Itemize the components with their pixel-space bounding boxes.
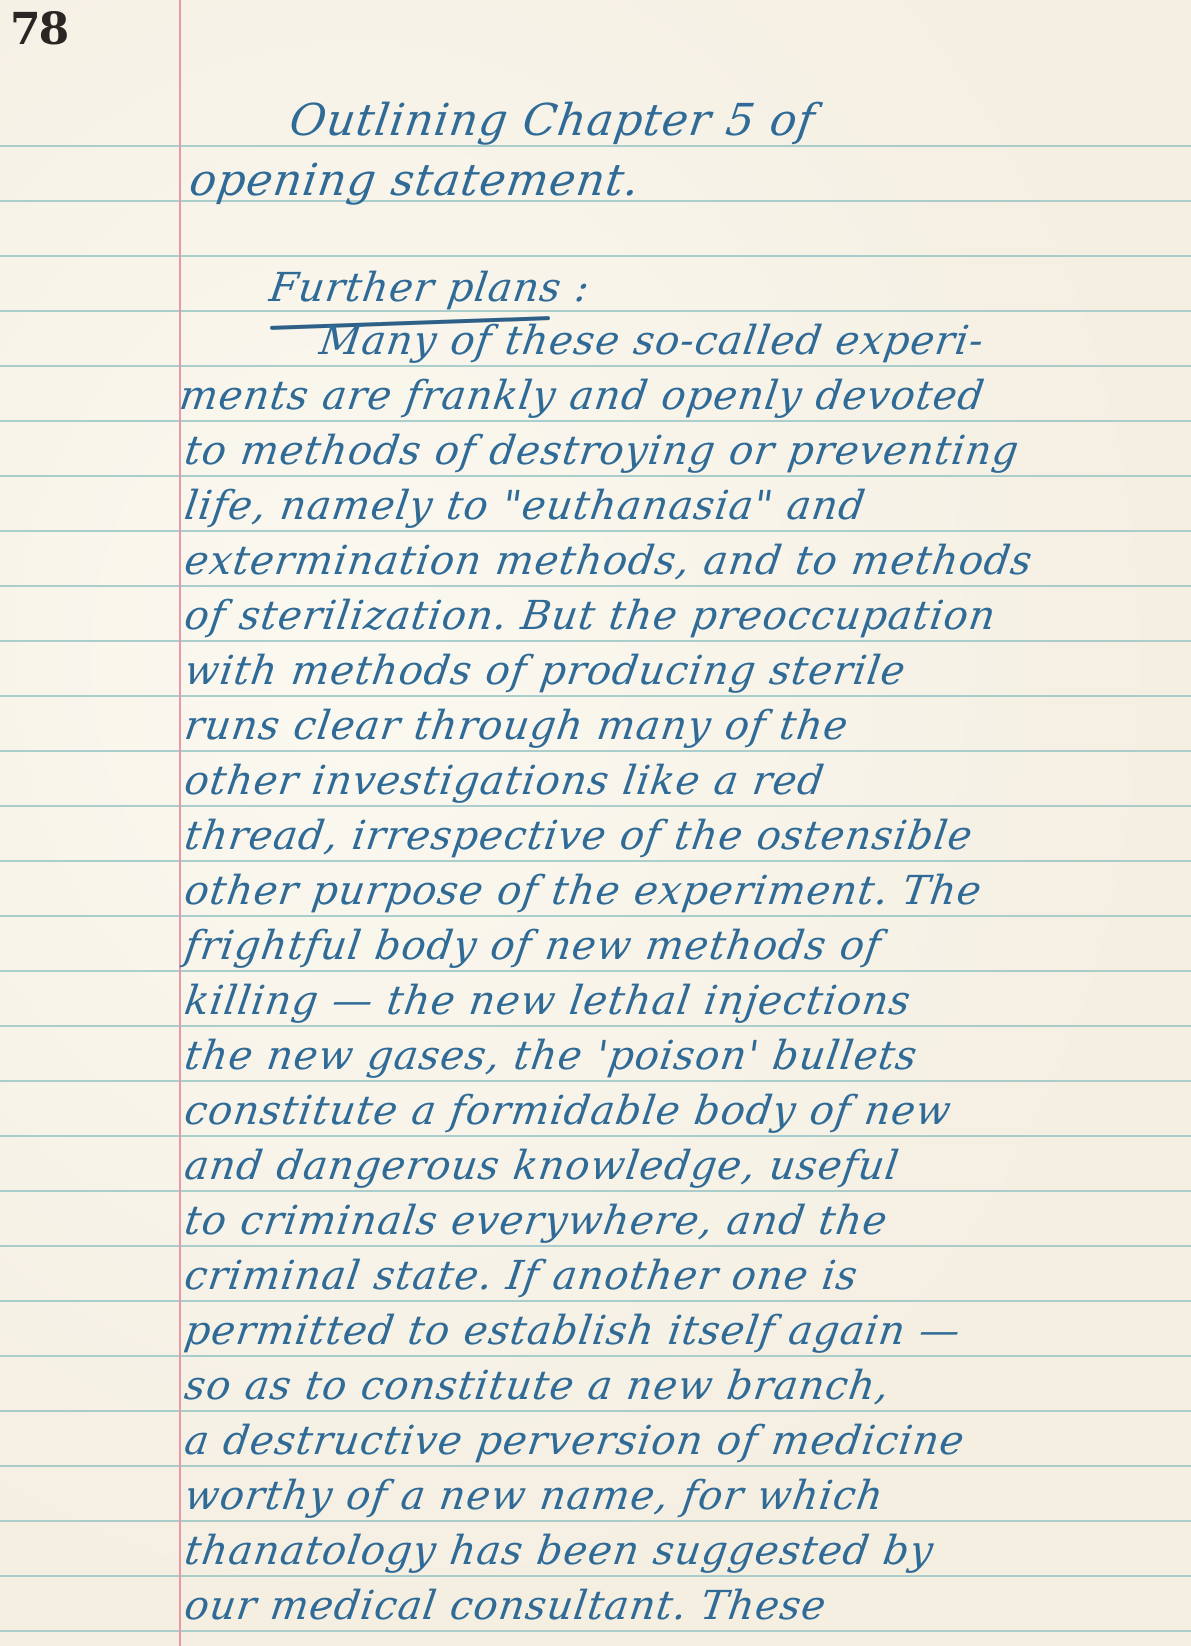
body-line: extermination methods, and to methods: [182, 538, 1036, 584]
body-line: worthy of a new name, for which: [182, 1473, 887, 1519]
body-line: permitted to establish itself again —: [182, 1308, 964, 1354]
subheading: Further plans :: [267, 265, 593, 311]
body-line: Many of these so-called experi-: [317, 318, 987, 364]
body-line: thread, irrespective of the ostensible: [182, 813, 976, 859]
body-line: criminal state. If another one is: [182, 1253, 861, 1299]
body-line: other purpose of the experiment. The: [182, 868, 985, 914]
body-line: so as to constitute a new branch,: [182, 1363, 893, 1409]
handwritten-text: Outlining Chapter 5 of opening statement…: [0, 0, 1191, 1646]
body-line: ments are frankly and openly devoted: [177, 373, 988, 419]
body-line: to methods of destroying or preventing: [182, 428, 1022, 474]
body-line: with methods of producing sterile: [182, 648, 909, 694]
body-line: runs clear through many of the: [182, 703, 852, 749]
notebook-page: 78 ​ Outlining Chapter 5 of opening stat…: [0, 0, 1191, 1646]
body-line: our medical consultant. These: [182, 1583, 830, 1629]
body-line: thanatology has been suggested by: [182, 1528, 937, 1574]
body-line: life, namely to "euthanasia" and: [182, 483, 869, 529]
body-line: to criminals everywhere, and the: [182, 1198, 891, 1244]
body-line: and dangerous knowledge, useful: [182, 1143, 903, 1189]
heading-line: opening statement.: [186, 155, 643, 206]
heading-line: Outlining Chapter 5 of: [286, 95, 818, 146]
body-line: other investigations like a red: [182, 758, 828, 804]
body-line: a destructive perversion of medicine: [182, 1418, 968, 1464]
body-line: frightful body of new methods of: [182, 923, 885, 969]
body-line: constitute a formidable body of new: [182, 1088, 955, 1134]
body-line: of sterilization. But the preoccupation: [182, 593, 999, 639]
body-line: the new gases, the 'poison' bullets: [182, 1033, 921, 1079]
body-line: killing — the new lethal injections: [182, 978, 914, 1024]
